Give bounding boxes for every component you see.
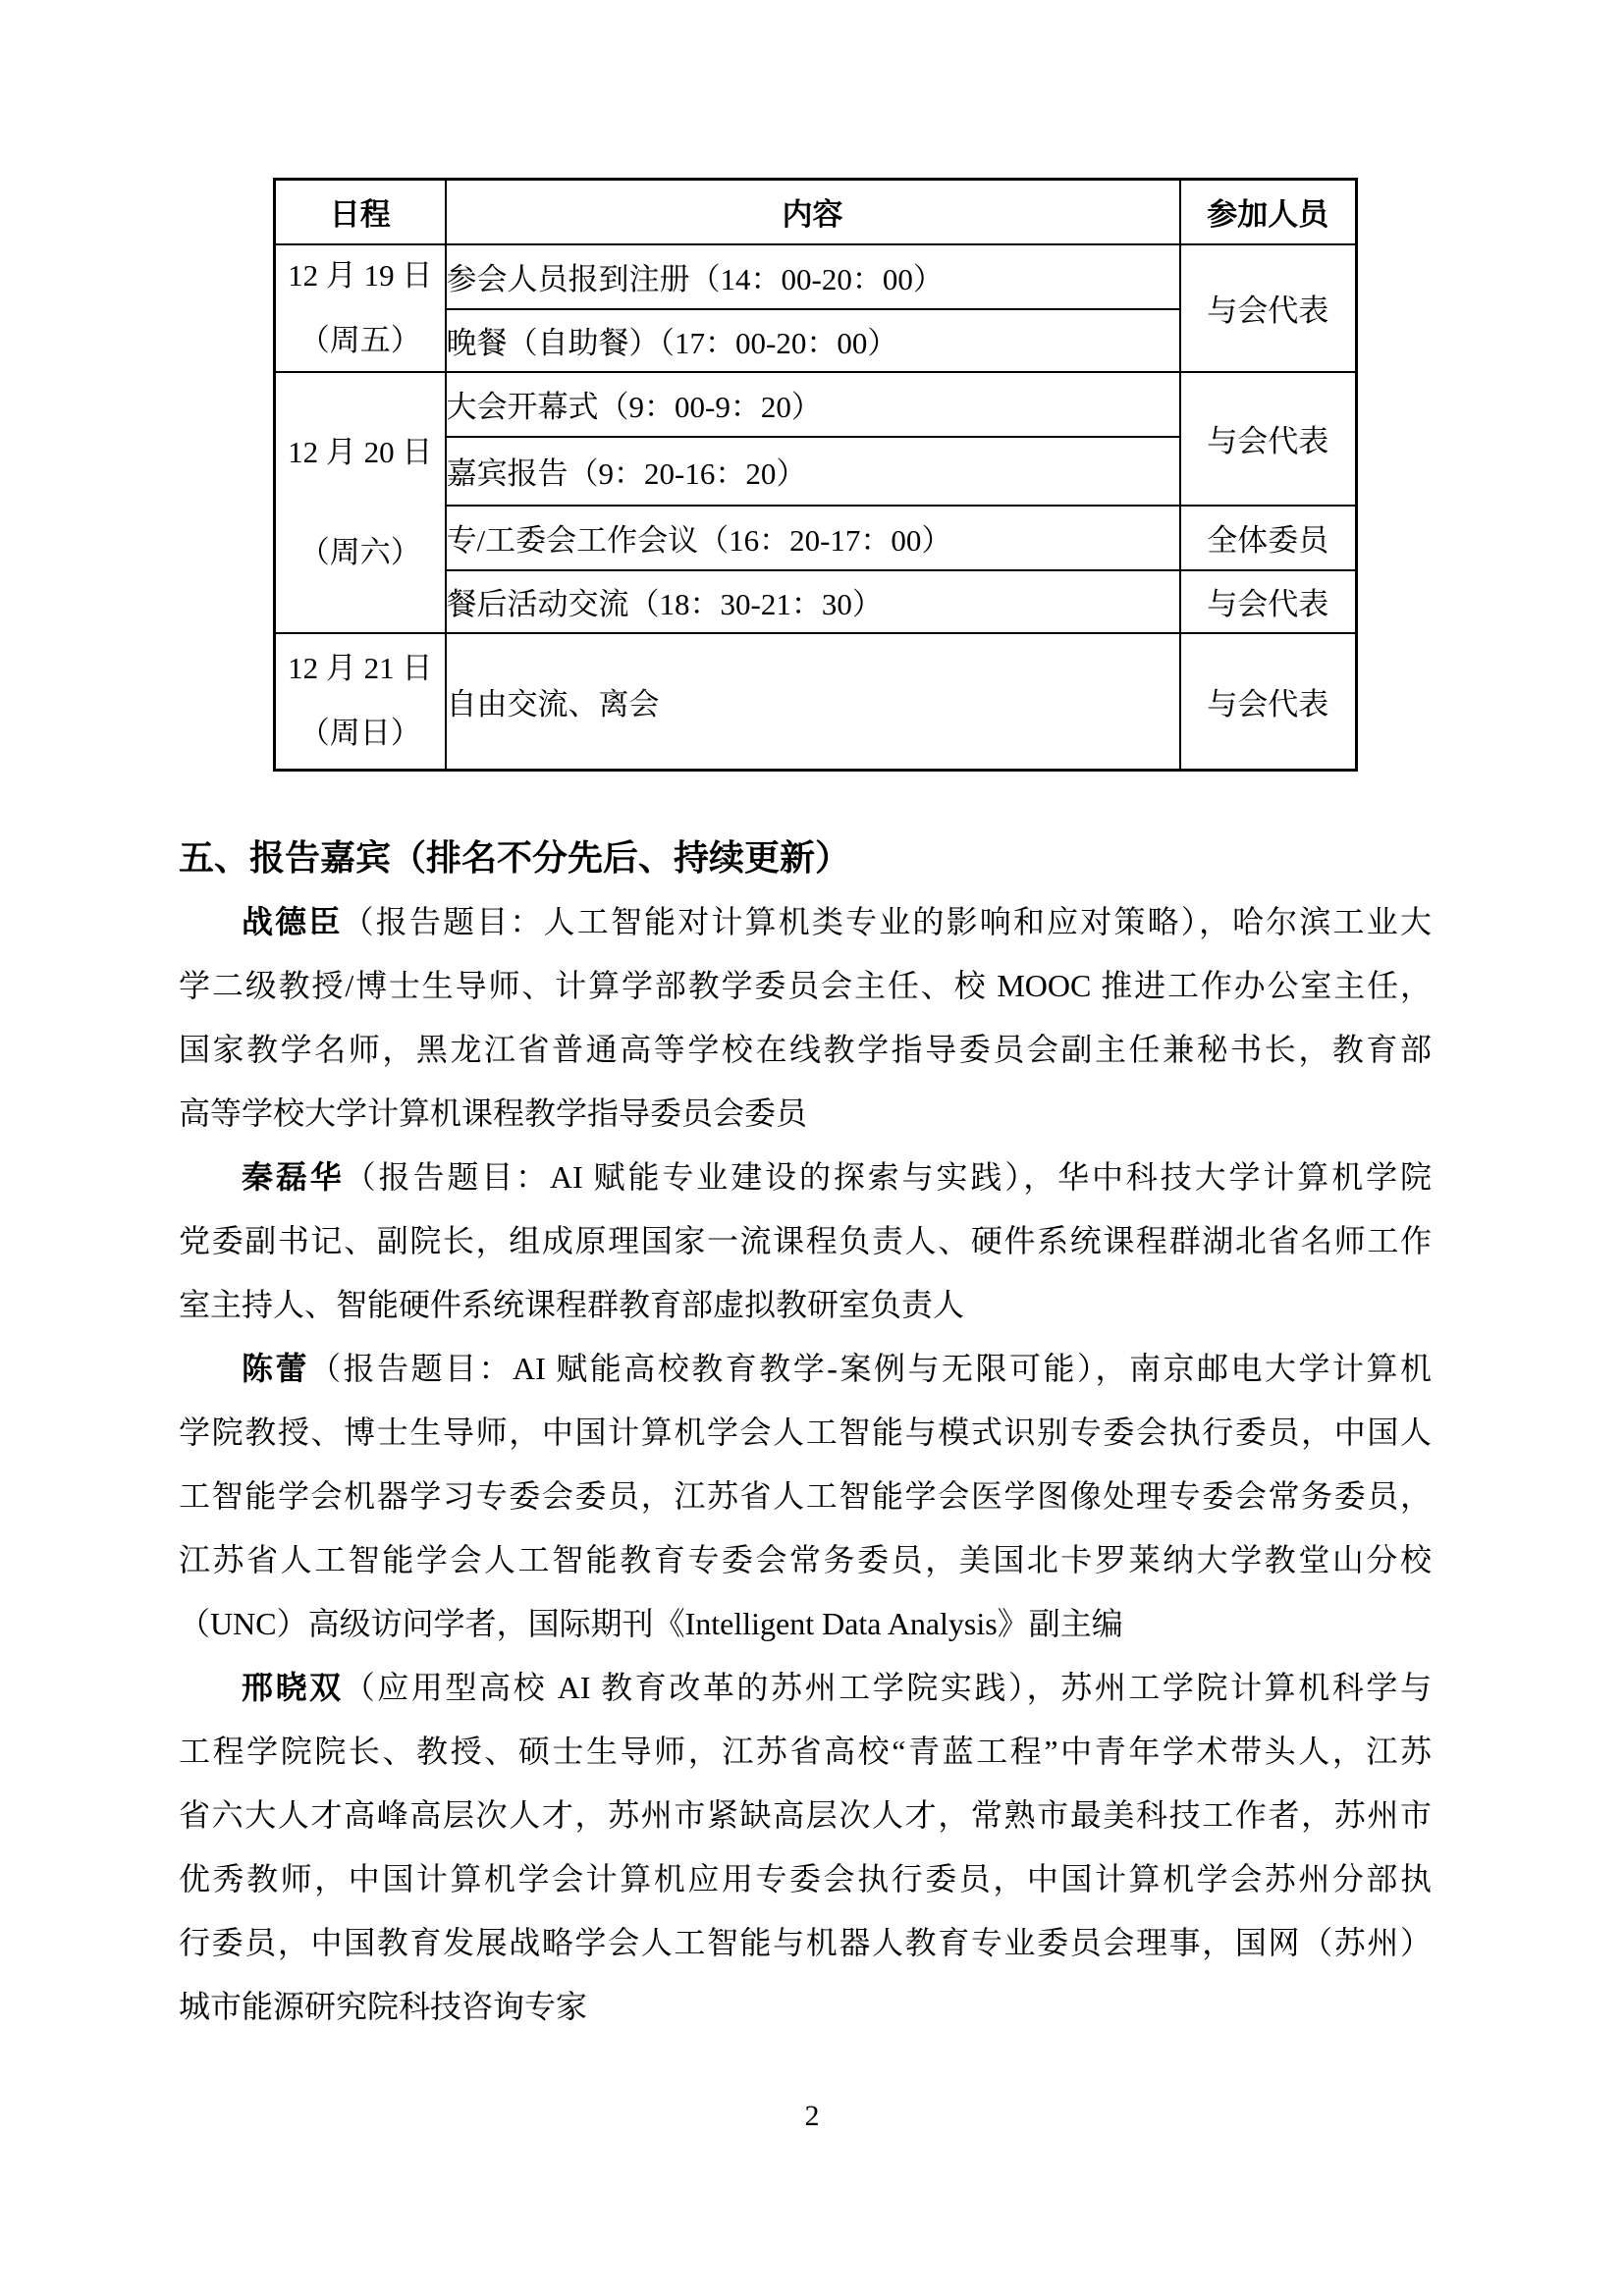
speaker-line: 党委副书记、副院长，组成原理国家一流课程负责人、硬件系统课程群湖北省名师工作 [179, 1209, 1432, 1273]
speakers-section: 五、报告嘉宾（排名不分先后、持续更新） 战德臣（报告题目：人工智能对计算机类专业… [179, 827, 1432, 2039]
speaker-line: 学院教授、博士生导师，中国计算机学会人工智能与模式识别专委会执行委员，中国人 [179, 1401, 1432, 1465]
speaker-name: 邢晓双 [242, 1670, 344, 1705]
speaker-line: 国家教学名师，黑龙江省普通高等学校在线教学指导委员会副主任兼秘书长，教育部 [179, 1018, 1432, 1082]
participants-social: 与会代表 [1180, 570, 1357, 633]
speaker-line: 陈蕾（报告题目：AI 赋能高校教育教学-案例与无限可能），南京邮电大学计算机 [179, 1337, 1432, 1401]
speaker-line: 城市能源研究院科技咨询专家 [179, 1975, 1432, 2039]
speaker-line: 高等学校大学计算机课程教学指导委员会委员 [179, 1082, 1432, 1146]
speaker-name: 战德臣 [242, 904, 343, 939]
schedule-table: 日程 内容 参加人员 12 月 19 日 （周五） 参会人员报到注册（14：00… [273, 178, 1358, 772]
event-committee-meeting: 专/工委会工作会议（16：20-17：00） [446, 506, 1180, 570]
participants-day1: 与会代表 [1180, 244, 1357, 372]
participants-day2-reports: 与会代表 [1180, 372, 1357, 506]
weekday-day2: （周六） [276, 536, 445, 569]
date-cell-day1: 12 月 19 日 （周五） [275, 244, 446, 372]
table-row: 12 月 21 日 （周日） 自由交流、离会 与会代表 [275, 633, 1357, 771]
speaker-line: 工智能学会机器学习专委会委员，江苏省人工智能学会医学图像处理专委会常务委员， [179, 1465, 1432, 1528]
date-cell-day3: 12 月 21 日 （周日） [275, 633, 446, 771]
speaker-paragraph-qinleihua: 秦磊华（报告题目：AI 赋能专业建设的探索与实践），华中科技大学计算机学院 党委… [179, 1146, 1432, 1337]
speaker-line: 战德臣（报告题目：人工智能对计算机类专业的影响和应对策略），哈尔滨工业大 [179, 890, 1432, 954]
speaker-name: 陈蕾 [242, 1351, 309, 1386]
date-day3: 12 月 21 日 [276, 652, 445, 685]
schedule-table-container: 日程 内容 参加人员 12 月 19 日 （周五） 参会人员报到注册（14：00… [273, 178, 1358, 772]
date-day2: 12 月 20 日 [276, 436, 445, 469]
event-after-dinner-social: 餐后活动交流（18：30-21：30） [446, 570, 1180, 633]
event-opening-ceremony: 大会开幕式（9：00-9：20） [446, 372, 1180, 437]
speaker-bio-text: （应用型高校 AI 教育改革的苏州工学院实践），苏州工学院计算机科学与 [344, 1670, 1432, 1705]
speaker-paragraph-chenlei: 陈蕾（报告题目：AI 赋能高校教育教学-案例与无限可能），南京邮电大学计算机 学… [179, 1337, 1432, 1656]
page-number: 2 [0, 2097, 1624, 2136]
event-departure: 自由交流、离会 [446, 633, 1180, 771]
speaker-line: 省六大人才高峰高层次人才，苏州市紧缺高层次人才，常熟市最美科技工作者，苏州市 [179, 1784, 1432, 1847]
speaker-line: （UNC）高级访问学者，国际期刊《Intelligent Data Analys… [179, 1592, 1432, 1656]
speaker-bio-text: （报告题目：AI 赋能高校教育教学-案例与无限可能），南京邮电大学计算机 [309, 1351, 1432, 1386]
table-row: 12 月 20 日 （周六） 大会开幕式（9：00-9：20） 与会代表 [275, 372, 1357, 437]
col-header-date: 日程 [275, 180, 446, 244]
event-guest-reports: 嘉宾报告（9：20-16：20） [446, 437, 1180, 506]
speaker-name: 秦磊华 [242, 1159, 345, 1195]
participants-day3: 与会代表 [1180, 633, 1357, 771]
date-cell-day2: 12 月 20 日 （周六） [275, 372, 446, 633]
weekday-day3: （周日） [276, 717, 445, 750]
participants-committee: 全体委员 [1180, 506, 1357, 570]
weekday-day1: （周五） [276, 324, 445, 357]
event-dinner: 晚餐（自助餐）（17：00-20：00） [446, 309, 1180, 372]
event-registration: 参会人员报到注册（14：00-20：00） [446, 244, 1180, 309]
speaker-line: 行委员，中国教育发展战略学会人工智能与机器人教育专业委员会理事，国网（苏州） [179, 1911, 1432, 1975]
speaker-line: 学二级教授/博士生导师、计算学部教学委员会主任、校 MOOC 推进工作办公室主任… [179, 954, 1432, 1018]
speaker-line: 室主持人、智能硬件系统课程群教育部虚拟教研室负责人 [179, 1273, 1432, 1337]
speaker-line: 秦磊华（报告题目：AI 赋能专业建设的探索与实践），华中科技大学计算机学院 [179, 1146, 1432, 1209]
table-header-row: 日程 内容 参加人员 [275, 180, 1357, 244]
table-row: 12 月 19 日 （周五） 参会人员报到注册（14：00-20：00） 与会代… [275, 244, 1357, 309]
speaker-paragraph-xingxiaoshuang: 邢晓双（应用型高校 AI 教育改革的苏州工学院实践），苏州工学院计算机科学与 工… [179, 1656, 1432, 2039]
speaker-line: 工程学院院长、教授、硕士生导师，江苏省高校“青蓝工程”中青年学术带头人，江苏 [179, 1720, 1432, 1784]
col-header-participants: 参加人员 [1180, 180, 1357, 244]
speaker-line: 邢晓双（应用型高校 AI 教育改革的苏州工学院实践），苏州工学院计算机科学与 [179, 1656, 1432, 1720]
section-heading: 五、报告嘉宾（排名不分先后、持续更新） [179, 827, 1432, 890]
speaker-bio-text: （报告题目：人工智能对计算机类专业的影响和应对策略），哈尔滨工业大 [343, 904, 1432, 939]
col-header-content: 内容 [446, 180, 1180, 244]
speaker-bio-text: （报告题目：AI 赋能专业建设的探索与实践），华中科技大学计算机学院 [345, 1159, 1432, 1195]
speaker-line: 江苏省人工智能学会人工智能教育专委会常务委员，美国北卡罗莱纳大学教堂山分校 [179, 1528, 1432, 1592]
date-day1: 12 月 19 日 [276, 259, 445, 293]
document-page: 日程 内容 参加人员 12 月 19 日 （周五） 参会人员报到注册（14：00… [0, 0, 1624, 2296]
speaker-line: 优秀教师，中国计算机学会计算机应用专委会执行委员，中国计算机学会苏州分部执 [179, 1847, 1432, 1911]
speaker-paragraph-zhandechen: 战德臣（报告题目：人工智能对计算机类专业的影响和应对策略），哈尔滨工业大 学二级… [179, 890, 1432, 1146]
